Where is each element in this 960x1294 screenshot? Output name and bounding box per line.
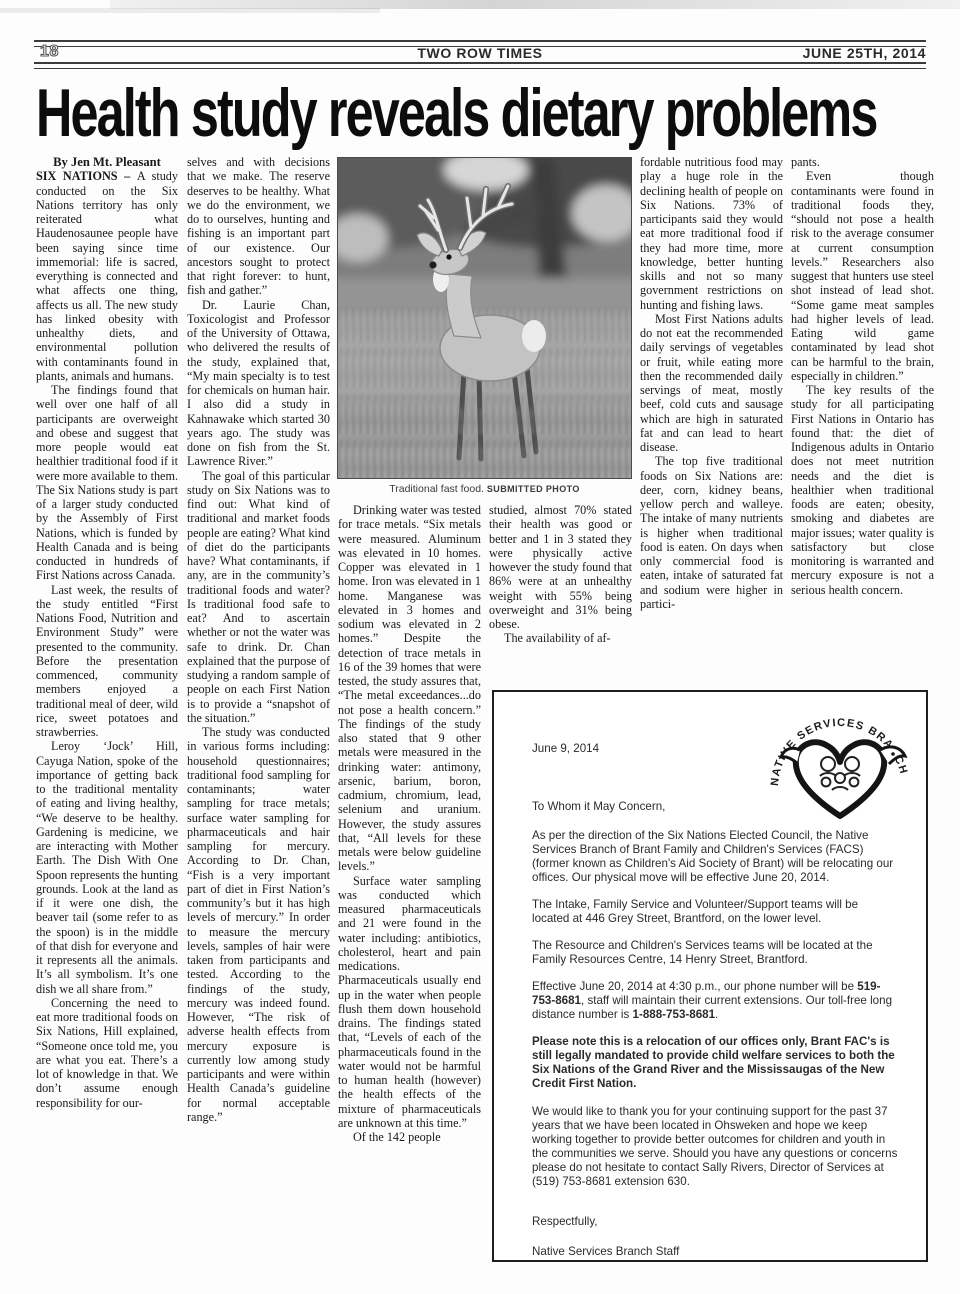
- header-rule-bottom: [34, 62, 926, 69]
- article-paragraph: Leroy ‘Jock’ Hill, Cayuga Nation, spoke …: [36, 739, 178, 996]
- deer-photo-illustration: [338, 158, 631, 478]
- letter-paragraph: The Resource and Children's Services tea…: [532, 939, 898, 967]
- byline: By Jen Mt. Pleasant: [36, 155, 178, 169]
- article-paragraph: selves and with decisions that we make. …: [187, 155, 330, 298]
- letter-paragraph: As per the direction of the Six Nations …: [532, 829, 898, 885]
- masthead: TWO ROW TIMES: [34, 45, 926, 61]
- article-paragraph: The top five traditional foods on Six Na…: [640, 454, 783, 611]
- article-paragraph: Drinking water was tested for trace meta…: [338, 503, 481, 874]
- letter-signature: Native Services Branch Staff: [532, 1245, 898, 1259]
- article-paragraph: fordable nutritious food may play a huge…: [640, 155, 783, 312]
- article-paragraph: The findings found that well over one ha…: [36, 383, 178, 583]
- deer-photo-figure: Traditional fast food. SUBMITTED PHOTO: [337, 157, 632, 495]
- article-column-2: selves and with decisions that we make. …: [187, 155, 330, 1263]
- article-column-6: pants. Even though contaminants were fou…: [791, 155, 934, 683]
- article-paragraph: Of the 142 people: [338, 1130, 481, 1144]
- photo-credit: SUBMITTED PHOTO: [487, 484, 580, 494]
- letter-notice-paragraph: Please note this is a relocation of our …: [532, 1035, 898, 1091]
- letter-closing: Respectfully,: [532, 1215, 898, 1229]
- paragraph-text: A study conducted on the Six Nations ter…: [36, 169, 178, 383]
- article-paragraph: Most First Nations adults do not eat the…: [640, 312, 783, 455]
- article-paragraph: Dr. Laurie Chan, Toxicologist and Profes…: [187, 298, 330, 469]
- headline: Health study reveals dietary problems: [36, 74, 960, 146]
- page-header: 18 TWO ROW TIMES JUNE 25TH, 2014: [34, 45, 926, 61]
- letter-paragraph: The Intake, Family Service and Volunteer…: [532, 898, 898, 926]
- tollfree-number: 1-888-753-8681: [633, 1008, 716, 1021]
- article-paragraph: studied, almost 70% stated their health …: [489, 503, 632, 631]
- relocation-notice-letter: NATIVE SERVICES BRANCH June 9, 2014 To W…: [492, 690, 928, 1262]
- letter-paragraph: Effective June 20, 2014 at 4:30 p.m., ou…: [532, 980, 898, 1022]
- article-column-5: fordable nutritious food may play a huge…: [640, 155, 783, 683]
- article-paragraph: The study was conducted in various forms…: [187, 725, 330, 1124]
- article-paragraph: Even though contaminants were found in t…: [791, 169, 934, 383]
- scan-artifact: [0, 8, 380, 13]
- deer-photo: [337, 157, 632, 479]
- letter-text: .: [715, 1008, 718, 1021]
- article-paragraph: The goal of this particular study on Six…: [187, 469, 330, 726]
- article-column-1: By Jen Mt. Pleasant SIX NATIONS – A stud…: [36, 155, 178, 1263]
- letter-paragraph: We would like to thank you for your cont…: [532, 1105, 898, 1189]
- newspaper-page: 18 TWO ROW TIMES JUNE 25TH, 2014 Health …: [0, 0, 960, 1294]
- dateline: SIX NATIONS –: [36, 169, 137, 183]
- article-paragraph: Last week, the results of the study enti…: [36, 583, 178, 740]
- article-column-4: studied, almost 70% stated their health …: [489, 503, 632, 683]
- headline-text: Health study reveals dietary problems: [36, 74, 876, 152]
- article-paragraph: pants.: [791, 155, 934, 169]
- letter-text: Effective June 20, 2014 at 4:30 p.m., ou…: [532, 980, 857, 993]
- issue-date: JUNE 25TH, 2014: [803, 45, 926, 61]
- article-paragraph: Concerning the need to eat more traditio…: [36, 996, 178, 1110]
- article-paragraph: Surface water sampling was conducted whi…: [338, 874, 481, 1131]
- article-column-3: Drinking water was tested for trace meta…: [338, 503, 481, 1265]
- photo-caption: Traditional fast food. SUBMITTED PHOTO: [337, 483, 632, 495]
- photo-caption-text: Traditional fast food.: [389, 483, 484, 495]
- native-services-branch-logo: NATIVE SERVICES BRANCH: [762, 702, 914, 824]
- article-paragraph: The key results of the study for all par…: [791, 383, 934, 597]
- article-paragraph: The availability of af-: [489, 631, 632, 645]
- article-paragraph: SIX NATIONS – A study conducted on the S…: [36, 169, 178, 383]
